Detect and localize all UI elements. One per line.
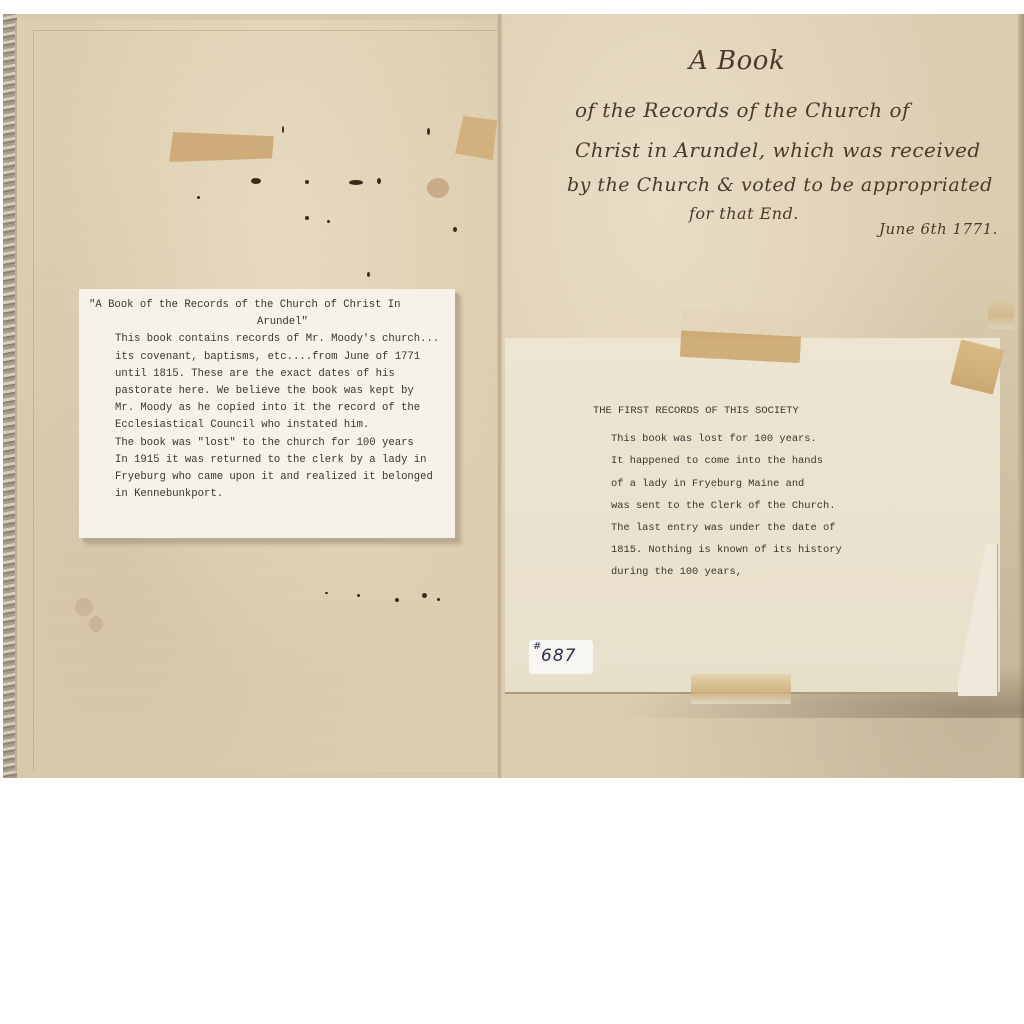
card-line: its covenant, baptisms, etc....from June… [87, 349, 445, 366]
sheet-heading: THE FIRST RECORDS OF THIS SOCIETY [593, 400, 1000, 422]
water-stain [75, 598, 93, 616]
ink-speck [251, 178, 261, 184]
card-line: until 1815. These are the exact dates of… [87, 366, 445, 383]
ink-speck [305, 180, 309, 184]
ink-speck [437, 598, 440, 601]
sheet-line: during the 100 years, [593, 561, 1000, 583]
card-line: Ecclesiastical Council who instated him. [87, 417, 445, 434]
tape-residue-left [169, 132, 274, 162]
sticker-number: 687 [541, 646, 576, 666]
ink-speck [197, 196, 200, 199]
card-line: In 1915 it was returned to the clerk by … [87, 452, 445, 469]
handwritten-line-2: of the Records of the Church of [575, 98, 910, 122]
card-line: The book was "lost" to the church for 10… [87, 435, 445, 452]
sheet-line: This book was lost for 100 years. [593, 428, 1000, 450]
handwritten-line-5: for that End. [689, 204, 799, 223]
handwritten-date: June 6th 1771. [879, 220, 998, 238]
handwritten-title-a-book: A Book [689, 46, 785, 76]
right-typed-sheet: THE FIRST RECORDS OF THIS SOCIETY This b… [505, 338, 1000, 692]
card-line: Mr. Moody as he copied into it the recor… [87, 400, 445, 417]
water-stain [89, 616, 103, 632]
tape-strip-top [680, 309, 802, 363]
tape-strip-bottom [691, 674, 791, 704]
card-title-line-2: Arundel" [87, 314, 445, 331]
ink-speck [305, 216, 309, 220]
card-line: in Kennebunkport. [87, 486, 445, 503]
ink-speck [327, 220, 330, 223]
ink-speck [367, 272, 370, 277]
sheet-line: was sent to the Clerk of the Church. [593, 495, 1000, 517]
sheet-line: 1815. Nothing is known of its history [593, 539, 1000, 561]
handwritten-line-4: by the Church & voted to be appropriated [567, 174, 993, 196]
catalog-number-sticker: # 687 [529, 640, 593, 674]
sheet-line: It happened to come into the hands [593, 450, 1000, 472]
card-line: Fryeburg who came upon it and realized i… [87, 469, 445, 486]
ink-speck [453, 227, 457, 232]
handwritten-line-3: Christ in Arundel, which was received [575, 138, 981, 162]
card-line: pastorate here. We believe the book was … [87, 383, 445, 400]
card-title-line-1: "A Book of the Records of the Church of … [87, 297, 445, 314]
left-typed-card: "A Book of the Records of the Church of … [79, 289, 455, 538]
ink-speck [427, 128, 430, 135]
book-photograph: A Book of the Records of the Church of C… [3, 14, 1024, 778]
ink-speck [395, 598, 399, 602]
ink-speck [422, 593, 427, 598]
sheet-line: The last entry was under the date of [593, 517, 1000, 539]
ink-speck [325, 592, 328, 594]
tape-strip-top-right [988, 299, 1014, 329]
card-line: This book contains records of Mr. Moody'… [87, 331, 445, 348]
ink-speck [377, 178, 381, 184]
sheet-line: of a lady in Fryeburg Maine and [593, 473, 1000, 495]
ink-speck [282, 126, 284, 133]
water-stain [427, 178, 449, 198]
ink-speck [357, 594, 360, 597]
ink-speck [349, 180, 363, 185]
